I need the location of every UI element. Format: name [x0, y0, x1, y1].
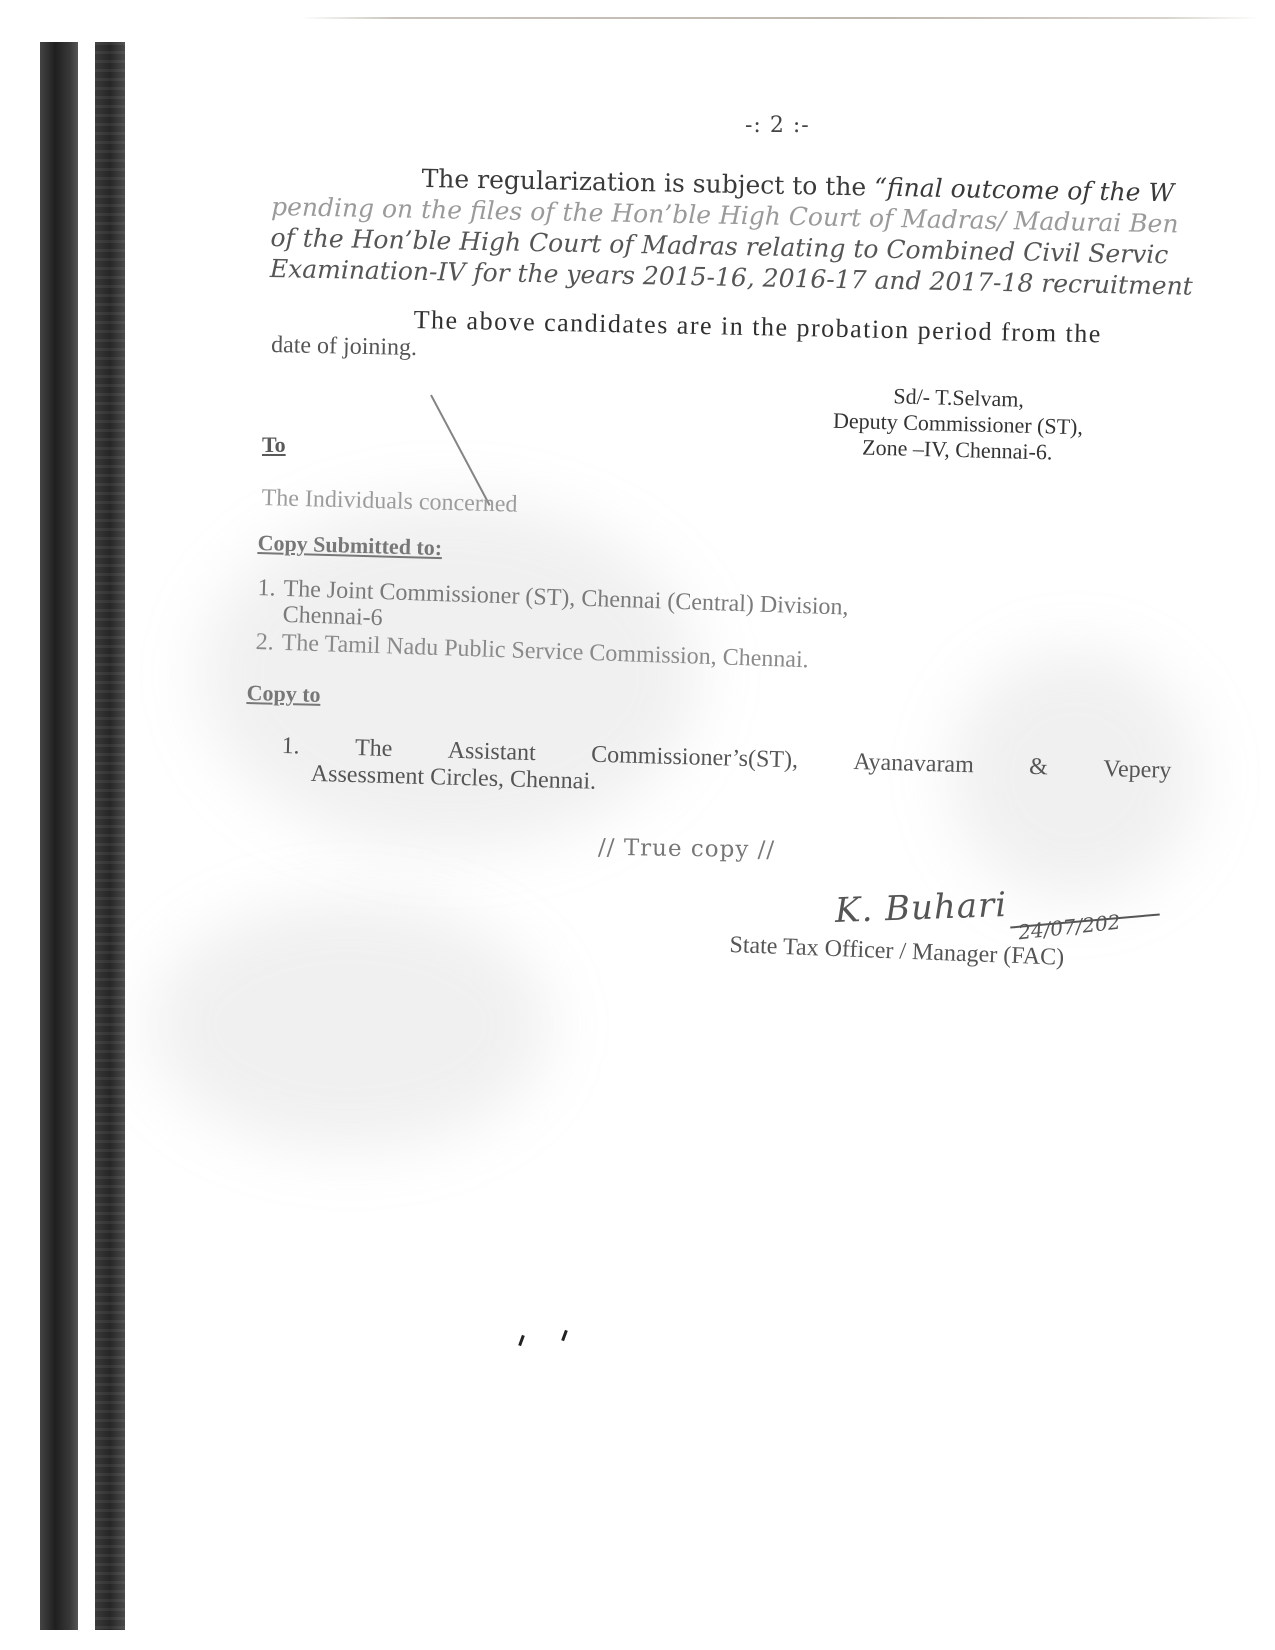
attesting-officer-title: State Tax Officer / Manager (FAC) — [729, 932, 1065, 972]
binding-strip-left — [40, 42, 78, 1630]
page-number: -: 2 :- — [745, 113, 810, 138]
scan-speck — [518, 1335, 525, 1346]
scan-smudge — [150, 900, 550, 1150]
signature-date: 24/07/202 — [1017, 910, 1122, 945]
handwritten-signature: K. Buhari — [834, 885, 1007, 931]
to-label: To — [262, 432, 286, 458]
true-copy-stamp: // True copy // — [598, 835, 775, 863]
para1-line0-italic: “final outcome of the W — [874, 173, 1174, 208]
copy-submitted-label: Copy Submitted to: — [257, 530, 442, 561]
regularization-paragraph: The regularization is subject to the “fi… — [270, 160, 1232, 302]
signer-block: Sd/- T.Selvam, Deputy Commissioner (ST),… — [787, 381, 1129, 468]
binding-strip-right — [95, 42, 125, 1630]
scan-top-edge — [300, 17, 1260, 19]
probation-paragraph: The above candidates are in the probatio… — [271, 303, 1212, 379]
copy-to-label: Copy to — [246, 680, 321, 708]
to-recipient: The Individuals concerned — [261, 485, 518, 519]
scan-speck — [561, 1330, 568, 1341]
